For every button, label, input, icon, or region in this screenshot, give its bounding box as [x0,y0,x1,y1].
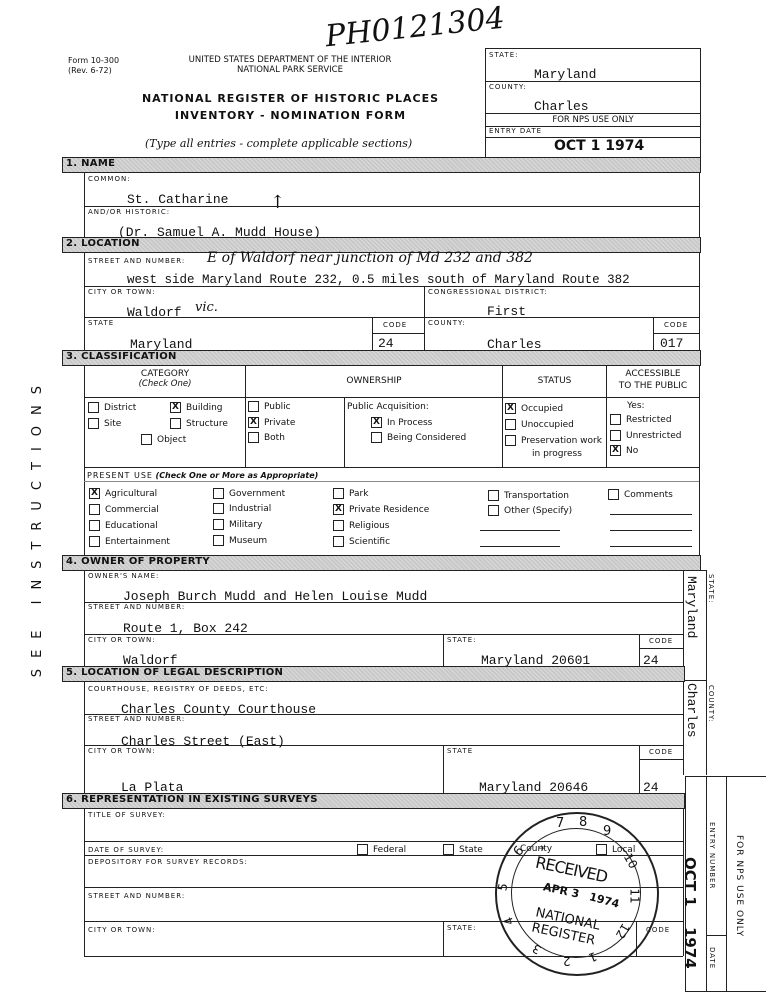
category-subheader: (Check One) [85,379,245,389]
owner-state-label: STATE: [447,636,476,644]
depository-label: DEPOSITORY FOR SURVEY RECORDS: [88,858,248,866]
nps-box: STATE: Maryland COUNTY: Charles FOR NPS … [485,48,701,157]
arrow-annotation: ↑ [270,192,285,213]
received-stamp: ✈ RECEIVED APR 3 1974 NATIONAL REGISTER … [495,812,659,976]
checkbox-both[interactable]: Both [248,432,285,443]
ownership-header: OWNERSHIP [246,376,502,386]
stamp-number: 4 [501,915,517,927]
district-label: CONGRESSIONAL DISTRICT: [428,288,548,296]
form-number-text: Form 10-300 [68,56,119,66]
use-transportation[interactable]: Transportation [488,490,569,501]
state-code-label: CODE [383,321,407,329]
historic-label: AND/OR HISTORIC: [88,208,170,216]
entry-date-stamp: OCT 1 1974 [554,138,644,154]
owner-street-label: STREET AND NUMBER: [88,603,185,611]
department-header: UNITED STATES DEPARTMENT OF THE INTERIOR… [150,55,430,75]
common-name-field[interactable]: St. Catharine [127,192,228,207]
stamp-number: 8 [579,815,587,830]
use-scientific[interactable]: Scientific [333,536,390,547]
use-comments[interactable]: Comments [608,489,673,500]
date-stamp: 1974 [681,927,699,969]
survey-street-label: STREET AND NUMBER: [88,892,185,900]
public-acquisition-label: Public Acquisition: [347,402,429,412]
accessible-header-1: ACCESSIBLE [607,368,699,380]
checkbox-restricted[interactable]: Restricted [610,414,672,425]
owner-code-label: CODE [649,637,673,645]
side-county-value: Charles [684,683,699,738]
section-3-title: 3. CLASSIFICATION [66,351,177,362]
common-label: COMMON: [88,175,131,183]
section-5-header: 5. LOCATION OF LEGAL DESCRIPTION [62,666,685,682]
checkbox-private[interactable]: XPrivate [248,417,295,428]
owner-city-label: CITY OR TOWN: [88,636,156,644]
owner-name-label: OWNER'S NAME: [88,572,159,580]
section-2-title: 2. LOCATION [66,238,140,249]
city-label: CITY OR TOWN: [88,288,156,296]
date-label: DATE [708,947,716,969]
section-1-header: 1. NAME [62,157,701,173]
state-code-field[interactable]: 24 [378,336,394,351]
form-title: NATIONAL REGISTER OF HISTORIC PLACES INV… [118,90,463,124]
use-industrial[interactable]: Industrial [213,503,271,514]
accessible-header-2: TO THE PUBLIC [607,380,699,392]
nps-side-box: ENTRY NUMBER DATE FOR NPS USE ONLY OCT 1… [685,776,766,992]
side-state-value: Maryland [684,576,699,638]
checkbox-object[interactable]: Object [141,434,186,445]
legal-city-label: CITY OR TOWN: [88,747,156,755]
checkbox-preservation-work[interactable]: Preservation work [505,435,602,446]
checkbox-being-considered[interactable]: Being Considered [371,432,466,443]
checkbox-building[interactable]: XBuilding [170,402,223,413]
stamp-number: 5 [495,882,510,892]
use-military[interactable]: Military [213,519,262,530]
section-6-title: 6. REPRESENTATION IN EXISTING SURVEYS [66,794,318,805]
survey-date-label: DATE OF SURVEY: [88,846,164,854]
use-other[interactable]: Other (Specify) [488,505,572,516]
checkbox-no[interactable]: XNo [610,445,638,456]
status-header: STATUS [503,376,606,386]
survey-city-label: CITY OR TOWN: [88,926,156,934]
status-in-progress: in progress [532,449,582,459]
section-4-header: 4. OWNER OF PROPERTY [62,555,701,571]
instructions-text: (Type all entries - complete applicable … [145,137,412,150]
stamp-number: 9 [603,824,611,839]
use-government[interactable]: Government [213,488,285,499]
section-5-title: 5. LOCATION OF LEGAL DESCRIPTION [66,667,283,678]
survey-state-label: STATE: [447,924,476,932]
use-agricultural[interactable]: XAgricultural [89,488,157,499]
street-handwritten-note: E of Waldorf near junction of Md 232 and… [207,250,533,266]
use-private-residence[interactable]: XPrivate Residence [333,504,429,515]
use-museum[interactable]: Museum [213,535,267,546]
category-header: CATEGORY (Check One) [85,369,245,389]
checkbox-unrestricted[interactable]: Unrestricted [610,430,681,441]
accessible-header: ACCESSIBLE TO THE PUBLIC [607,368,699,392]
checkbox-in-process[interactable]: XIn Process [371,417,432,428]
entry-number-stamp: OCT 1 [681,857,699,907]
checkbox-federal[interactable]: Federal [357,844,406,855]
entry-date-label: ENTRY DATE [489,127,542,135]
nps-use-only-side: FOR NPS USE ONLY [734,835,744,937]
legal-state-label: STATE [447,747,473,755]
survey-title-label: TITLE OF SURVEY: [88,811,166,819]
side-state-label: STATE: [707,574,715,603]
handwritten-id: PH0121304 [324,1,507,55]
use-entertainment[interactable]: Entertainment [89,536,170,547]
title-line-1: NATIONAL REGISTER OF HISTORIC PLACES [118,90,463,107]
state-value: Maryland [534,67,596,82]
use-commercial[interactable]: Commercial [89,504,159,515]
use-park[interactable]: Park [333,488,368,499]
accessible-yes-label: Yes: [627,401,645,411]
checkbox-structure[interactable]: Structure [170,418,228,429]
legal-code-label: CODE [649,748,673,756]
checkbox-occupied[interactable]: XOccupied [505,403,563,414]
use-educational[interactable]: Educational [89,520,158,531]
department-text: UNITED STATES DEPARTMENT OF THE INTERIOR [150,55,430,65]
stamp-number: 11 [628,888,642,903]
street-field[interactable]: west side Maryland Route 232, 0.5 miles … [127,273,630,287]
entry-number-label: ENTRY NUMBER [708,822,716,889]
street-label: STREET AND NUMBER: [88,257,185,265]
form-rev-text: (Rev. 6-72) [68,66,119,76]
county-code-label: CODE [664,321,688,329]
use-religious[interactable]: Religious [333,520,390,531]
county-code-field[interactable]: 017 [660,336,683,351]
courthouse-label: COURTHOUSE, REGISTRY OF DEEDS, ETC: [88,685,269,693]
legal-street-label: STREET AND NUMBER: [88,715,185,723]
form-number: Form 10-300 (Rev. 6-72) [68,56,119,76]
plane-icon: ✈ [539,844,546,853]
title-line-2: INVENTORY - NOMINATION FORM [118,107,463,124]
section-3-header: 3. CLASSIFICATION [62,350,701,366]
stamp-number: 7 [556,816,564,831]
category-header-text: CATEGORY [85,369,245,379]
state-label-2: STATE [88,319,114,327]
section-1-title: 1. NAME [66,158,115,169]
checkbox-site[interactable]: Site [88,418,121,429]
county-value: Charles [534,99,589,114]
agency-text: NATIONAL PARK SERVICE [150,65,430,75]
side-county-label: COUNTY: [707,685,715,723]
checkbox-unoccupied[interactable]: Unoccupied [505,419,574,430]
stamp-number: 2 [563,954,571,968]
nps-use-only: FOR NPS USE ONLY [486,115,700,125]
section-4-title: 4. OWNER OF PROPERTY [66,556,210,567]
city-handwritten-note: vic. [195,300,218,315]
checkbox-state[interactable]: State [443,844,483,855]
state-label: STATE: [489,51,518,59]
section-6-header: 6. REPRESENTATION IN EXISTING SURVEYS [62,793,685,809]
present-use-label: PRESENT USE (Check One or More as Approp… [87,471,318,480]
county-label: COUNTY: [489,83,527,91]
checkbox-public[interactable]: Public [248,401,291,412]
stamp-number: 3 [530,941,544,957]
county-label-2: COUNTY: [428,319,466,327]
checkbox-district[interactable]: District [88,402,136,413]
see-instructions: SEE INSTRUCTIONS [30,375,45,677]
